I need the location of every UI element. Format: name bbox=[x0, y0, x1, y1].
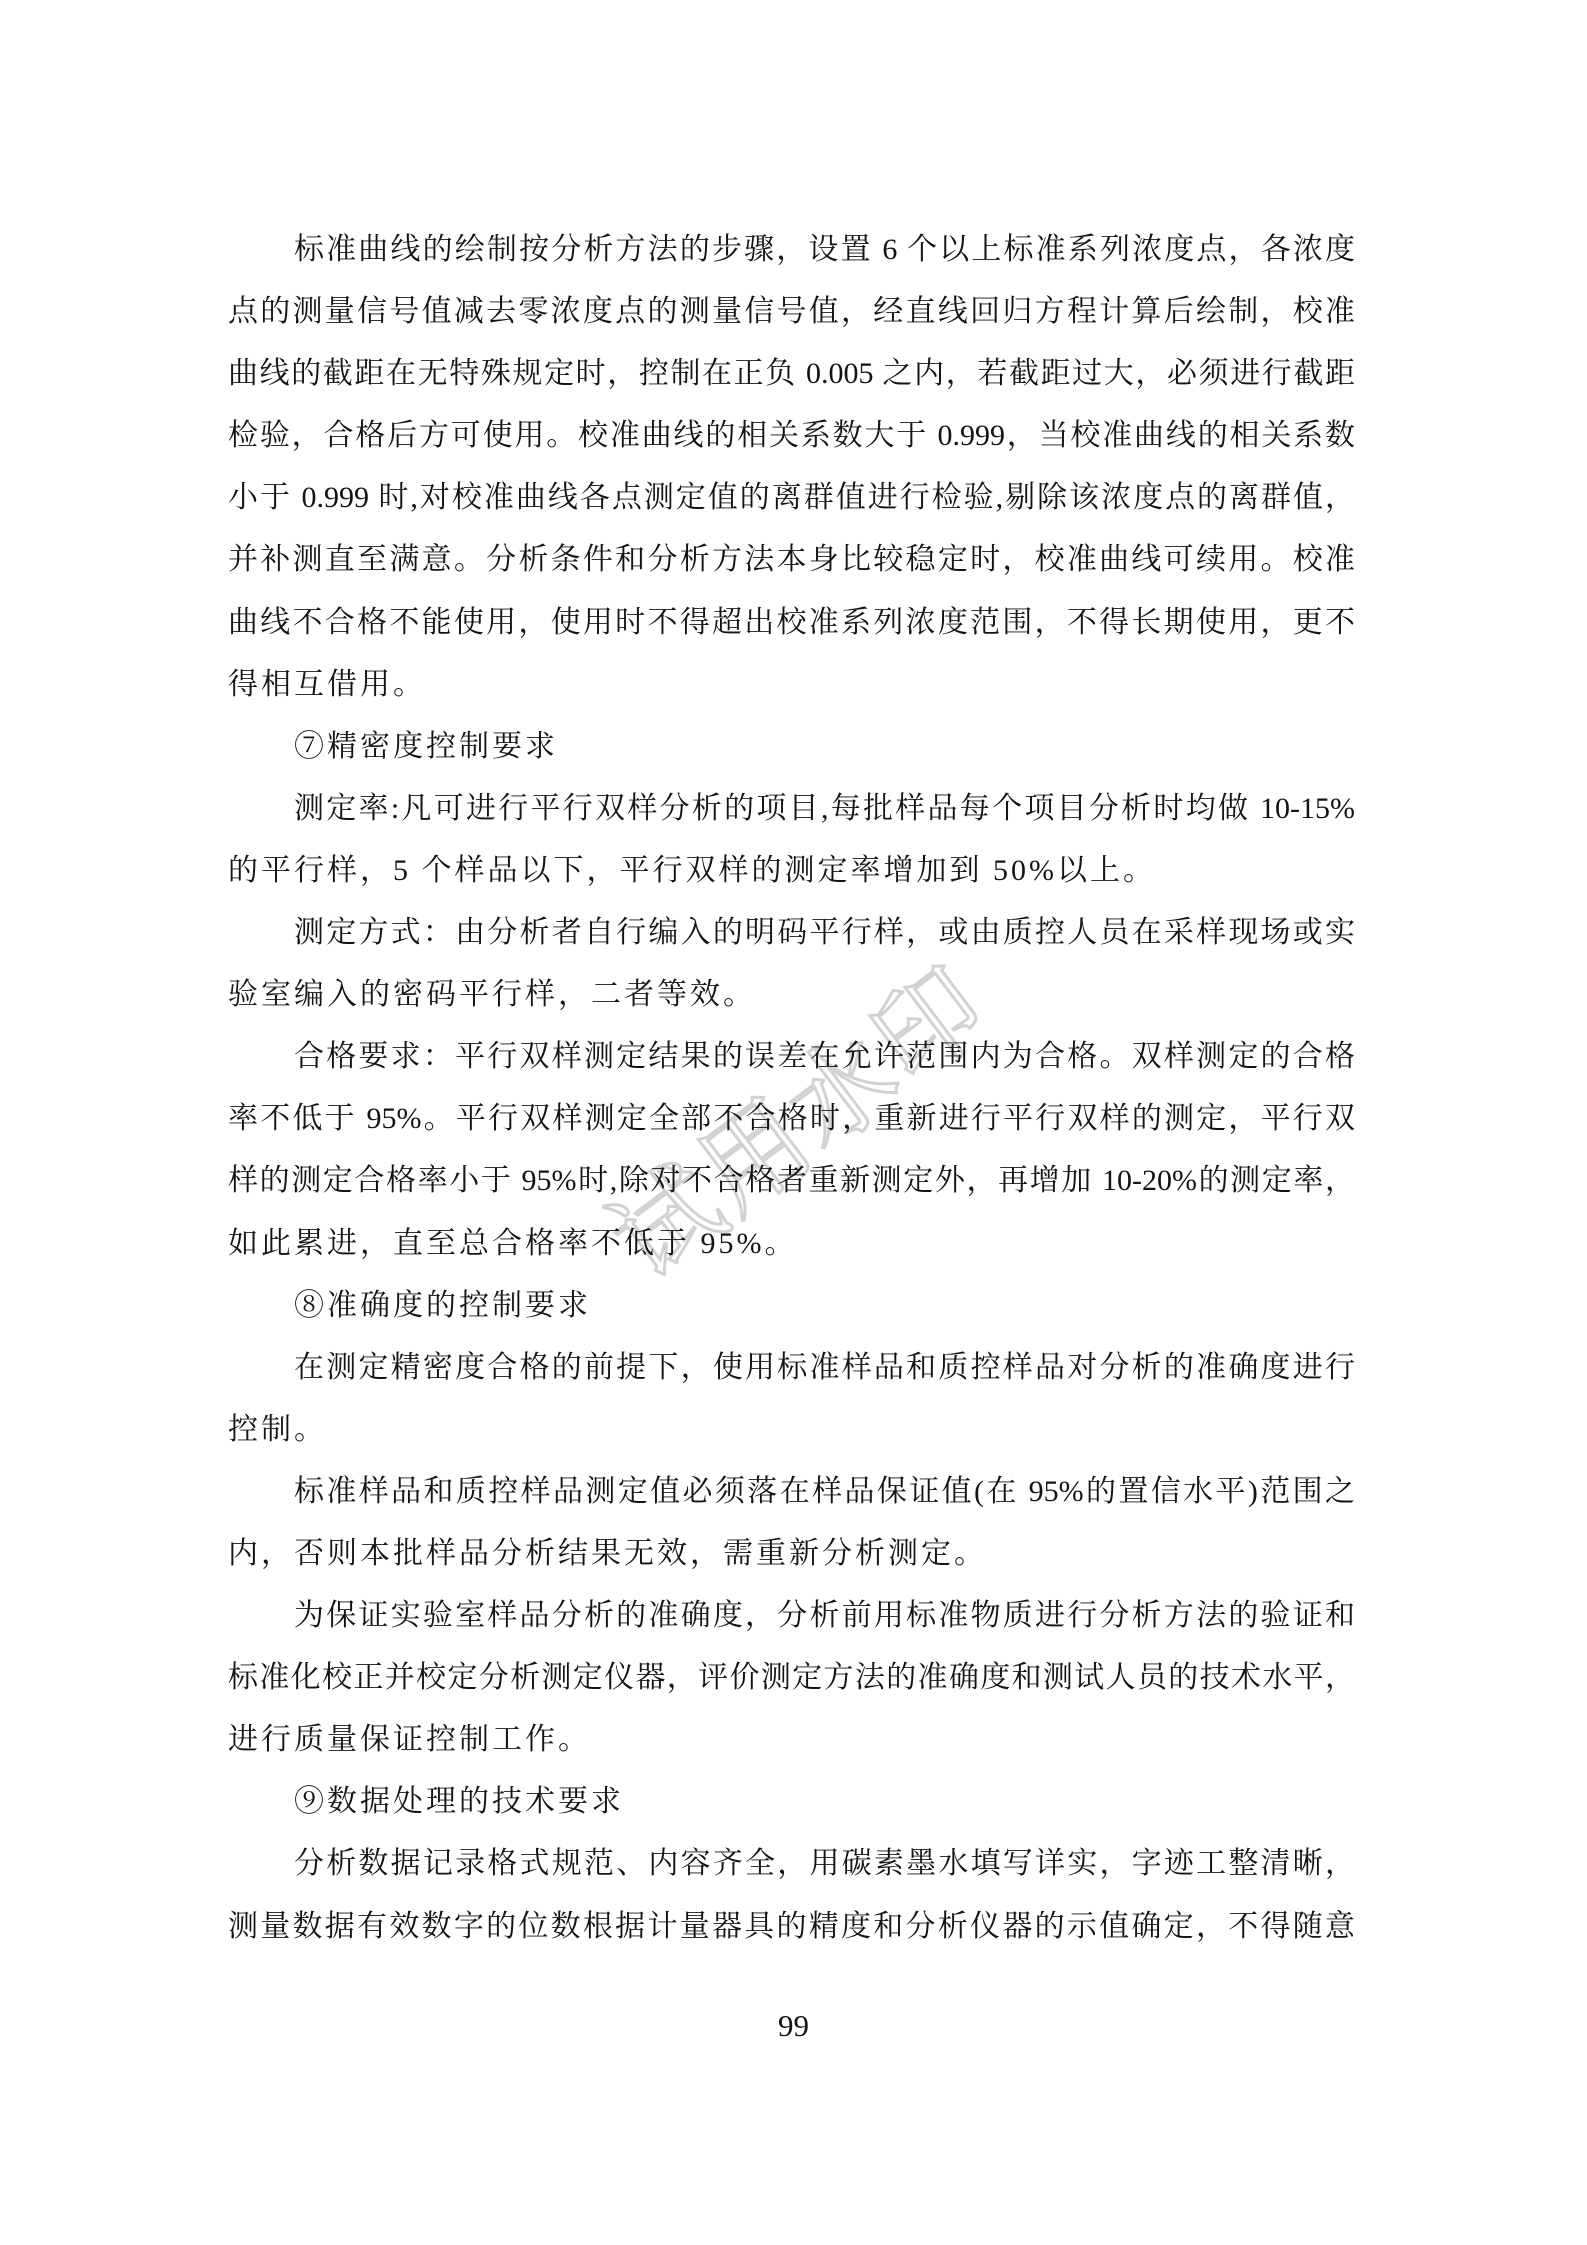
text-line: 检验，合格后方可使用。校准曲线的相关系数大于 0.999，当校准曲线的相关系数 bbox=[228, 405, 1355, 467]
text-line: 验室编入的密码平行样，二者等效。 bbox=[228, 964, 1355, 1026]
text-line: 得相互借用。 bbox=[228, 654, 1355, 716]
text-line: 样的测定合格率小于 95%时,除对不合格者重新测定外，再增加 10-20%的测定… bbox=[228, 1150, 1355, 1212]
page-number: 99 bbox=[0, 2008, 1587, 2044]
text-line: 内，否则本批样品分析结果无效，需重新分析测定。 bbox=[228, 1523, 1355, 1585]
text-line: 控制。 bbox=[228, 1399, 1355, 1461]
text-line: 的平行样，5 个样品以下，平行双样的测定率增加到 50%以上。 bbox=[228, 840, 1355, 902]
text-line: 如此累进，直至总合格率不低于 95%。 bbox=[228, 1213, 1355, 1275]
text-line: ⑧准确度的控制要求 bbox=[228, 1275, 1355, 1337]
text-line: 测定率:凡可进行平行双样分析的项目,每批样品每个项目分析时均做 10-15% bbox=[228, 778, 1355, 840]
document-body: 标准曲线的绘制按分析方法的步骤，设置 6 个以上标准系列浓度点，各浓度点的测量信… bbox=[228, 219, 1355, 1958]
text-line: 小于 0.999 时,对校准曲线各点测定值的离群值进行检验,剔除该浓度点的离群值… bbox=[228, 467, 1355, 529]
text-line: ⑨数据处理的技术要求 bbox=[228, 1771, 1355, 1833]
text-line: 率不低于 95%。平行双样测定全部不合格时，重新进行平行双样的测定，平行双 bbox=[228, 1088, 1355, 1150]
text-line: 标准化校正并校定分析测定仪器，评价测定方法的准确度和测试人员的技术水平， bbox=[228, 1647, 1355, 1709]
text-line: 曲线的截距在无特殊规定时，控制在正负 0.005 之内，若截距过大，必须进行截距 bbox=[228, 343, 1355, 405]
text-line: 标准曲线的绘制按分析方法的步骤，设置 6 个以上标准系列浓度点，各浓度 bbox=[228, 219, 1355, 281]
text-line: 点的测量信号值减去零浓度点的测量信号值，经直线回归方程计算后绘制，校准 bbox=[228, 281, 1355, 343]
text-line: 为保证实验室样品分析的准确度，分析前用标准物质进行分析方法的验证和 bbox=[228, 1585, 1355, 1647]
text-line: 在测定精密度合格的前提下，使用标准样品和质控样品对分析的准确度进行 bbox=[228, 1337, 1355, 1399]
text-line: 测量数据有效数字的位数根据计量器具的精度和分析仪器的示值确定，不得随意 bbox=[228, 1896, 1355, 1958]
text-line: 标准样品和质控样品测定值必须落在样品保证值(在 95%的置信水平)范围之 bbox=[228, 1461, 1355, 1523]
document-page: 试用水印 标准曲线的绘制按分析方法的步骤，设置 6 个以上标准系列浓度点，各浓度… bbox=[0, 0, 1587, 2245]
text-line: 合格要求：平行双样测定结果的误差在允许范围内为合格。双样测定的合格 bbox=[228, 1026, 1355, 1088]
text-line: 并补测直至满意。分析条件和分析方法本身比较稳定时，校准曲线可续用。校准 bbox=[228, 529, 1355, 591]
text-line: 测定方式：由分析者自行编入的明码平行样，或由质控人员在采样现场或实 bbox=[228, 902, 1355, 964]
text-line: 曲线不合格不能使用，使用时不得超出校准系列浓度范围，不得长期使用，更不 bbox=[228, 592, 1355, 654]
text-line: ⑦精密度控制要求 bbox=[228, 716, 1355, 778]
text-line: 分析数据记录格式规范、内容齐全，用碳素墨水填写详实，字迹工整清晰， bbox=[228, 1833, 1355, 1895]
text-line: 进行质量保证控制工作。 bbox=[228, 1709, 1355, 1771]
